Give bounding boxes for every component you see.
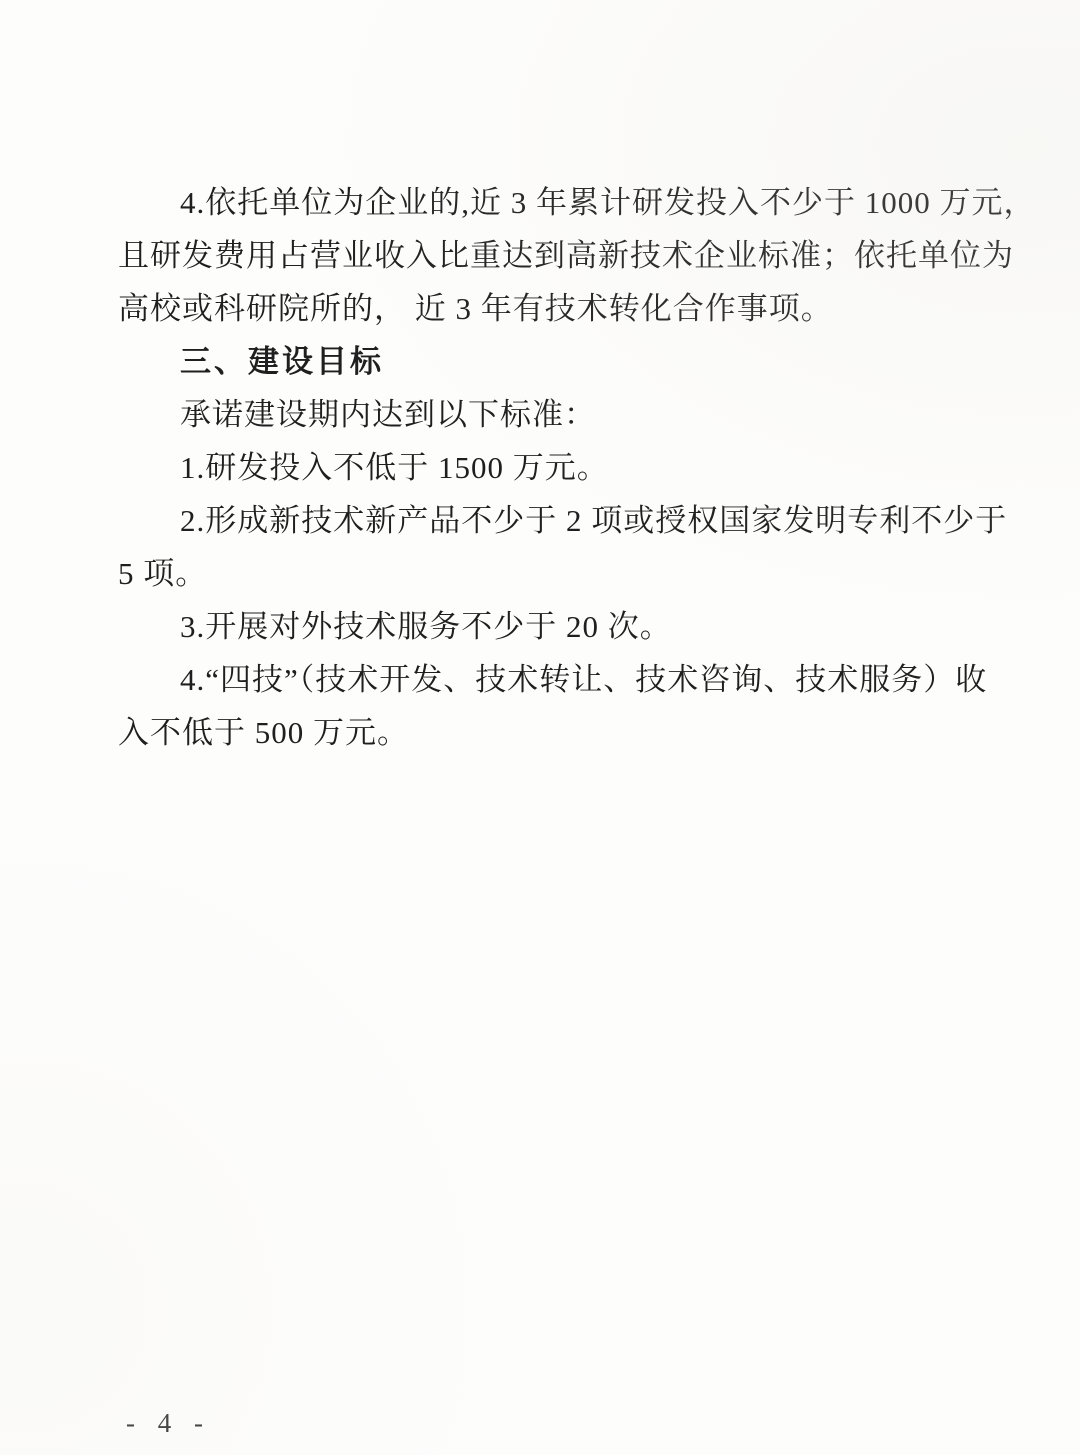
body-line: 3.开展对外技术服务不少于 20 次。 xyxy=(118,600,978,653)
section-heading: 三、建设目标 xyxy=(118,335,978,388)
body-line: 入不低于 500 万元。 xyxy=(118,706,978,759)
body-line: 高校或科研院所的， 近 3 年有技术转化合作事项。 xyxy=(118,282,978,335)
body-line: 1.研发投入不低于 1500 万元。 xyxy=(118,441,978,494)
body-line: 5 项。 xyxy=(118,547,978,600)
body-line: 4.“四技”（技术开发、技术转让、技术咨询、技术服务）收 xyxy=(118,653,978,706)
document-page: 4.依托单位为企业的,近 3 年累计研发投入不少于 1000 万元， 且研发费用… xyxy=(0,0,1080,1455)
body-line: 承诺建设期内达到以下标准： xyxy=(118,388,978,441)
body-line: 且研发费用占营业收入比重达到高新技术企业标准；依托单位为 xyxy=(118,229,978,282)
body-line: 2.形成新技术新产品不少于 2 项或授权国家发明专利不少于 xyxy=(118,494,978,547)
document-text-block: 4.依托单位为企业的,近 3 年累计研发投入不少于 1000 万元， 且研发费用… xyxy=(118,176,978,759)
page-number: - 4 - xyxy=(126,1408,211,1439)
body-line: 4.依托单位为企业的,近 3 年累计研发投入不少于 1000 万元， xyxy=(118,176,978,229)
